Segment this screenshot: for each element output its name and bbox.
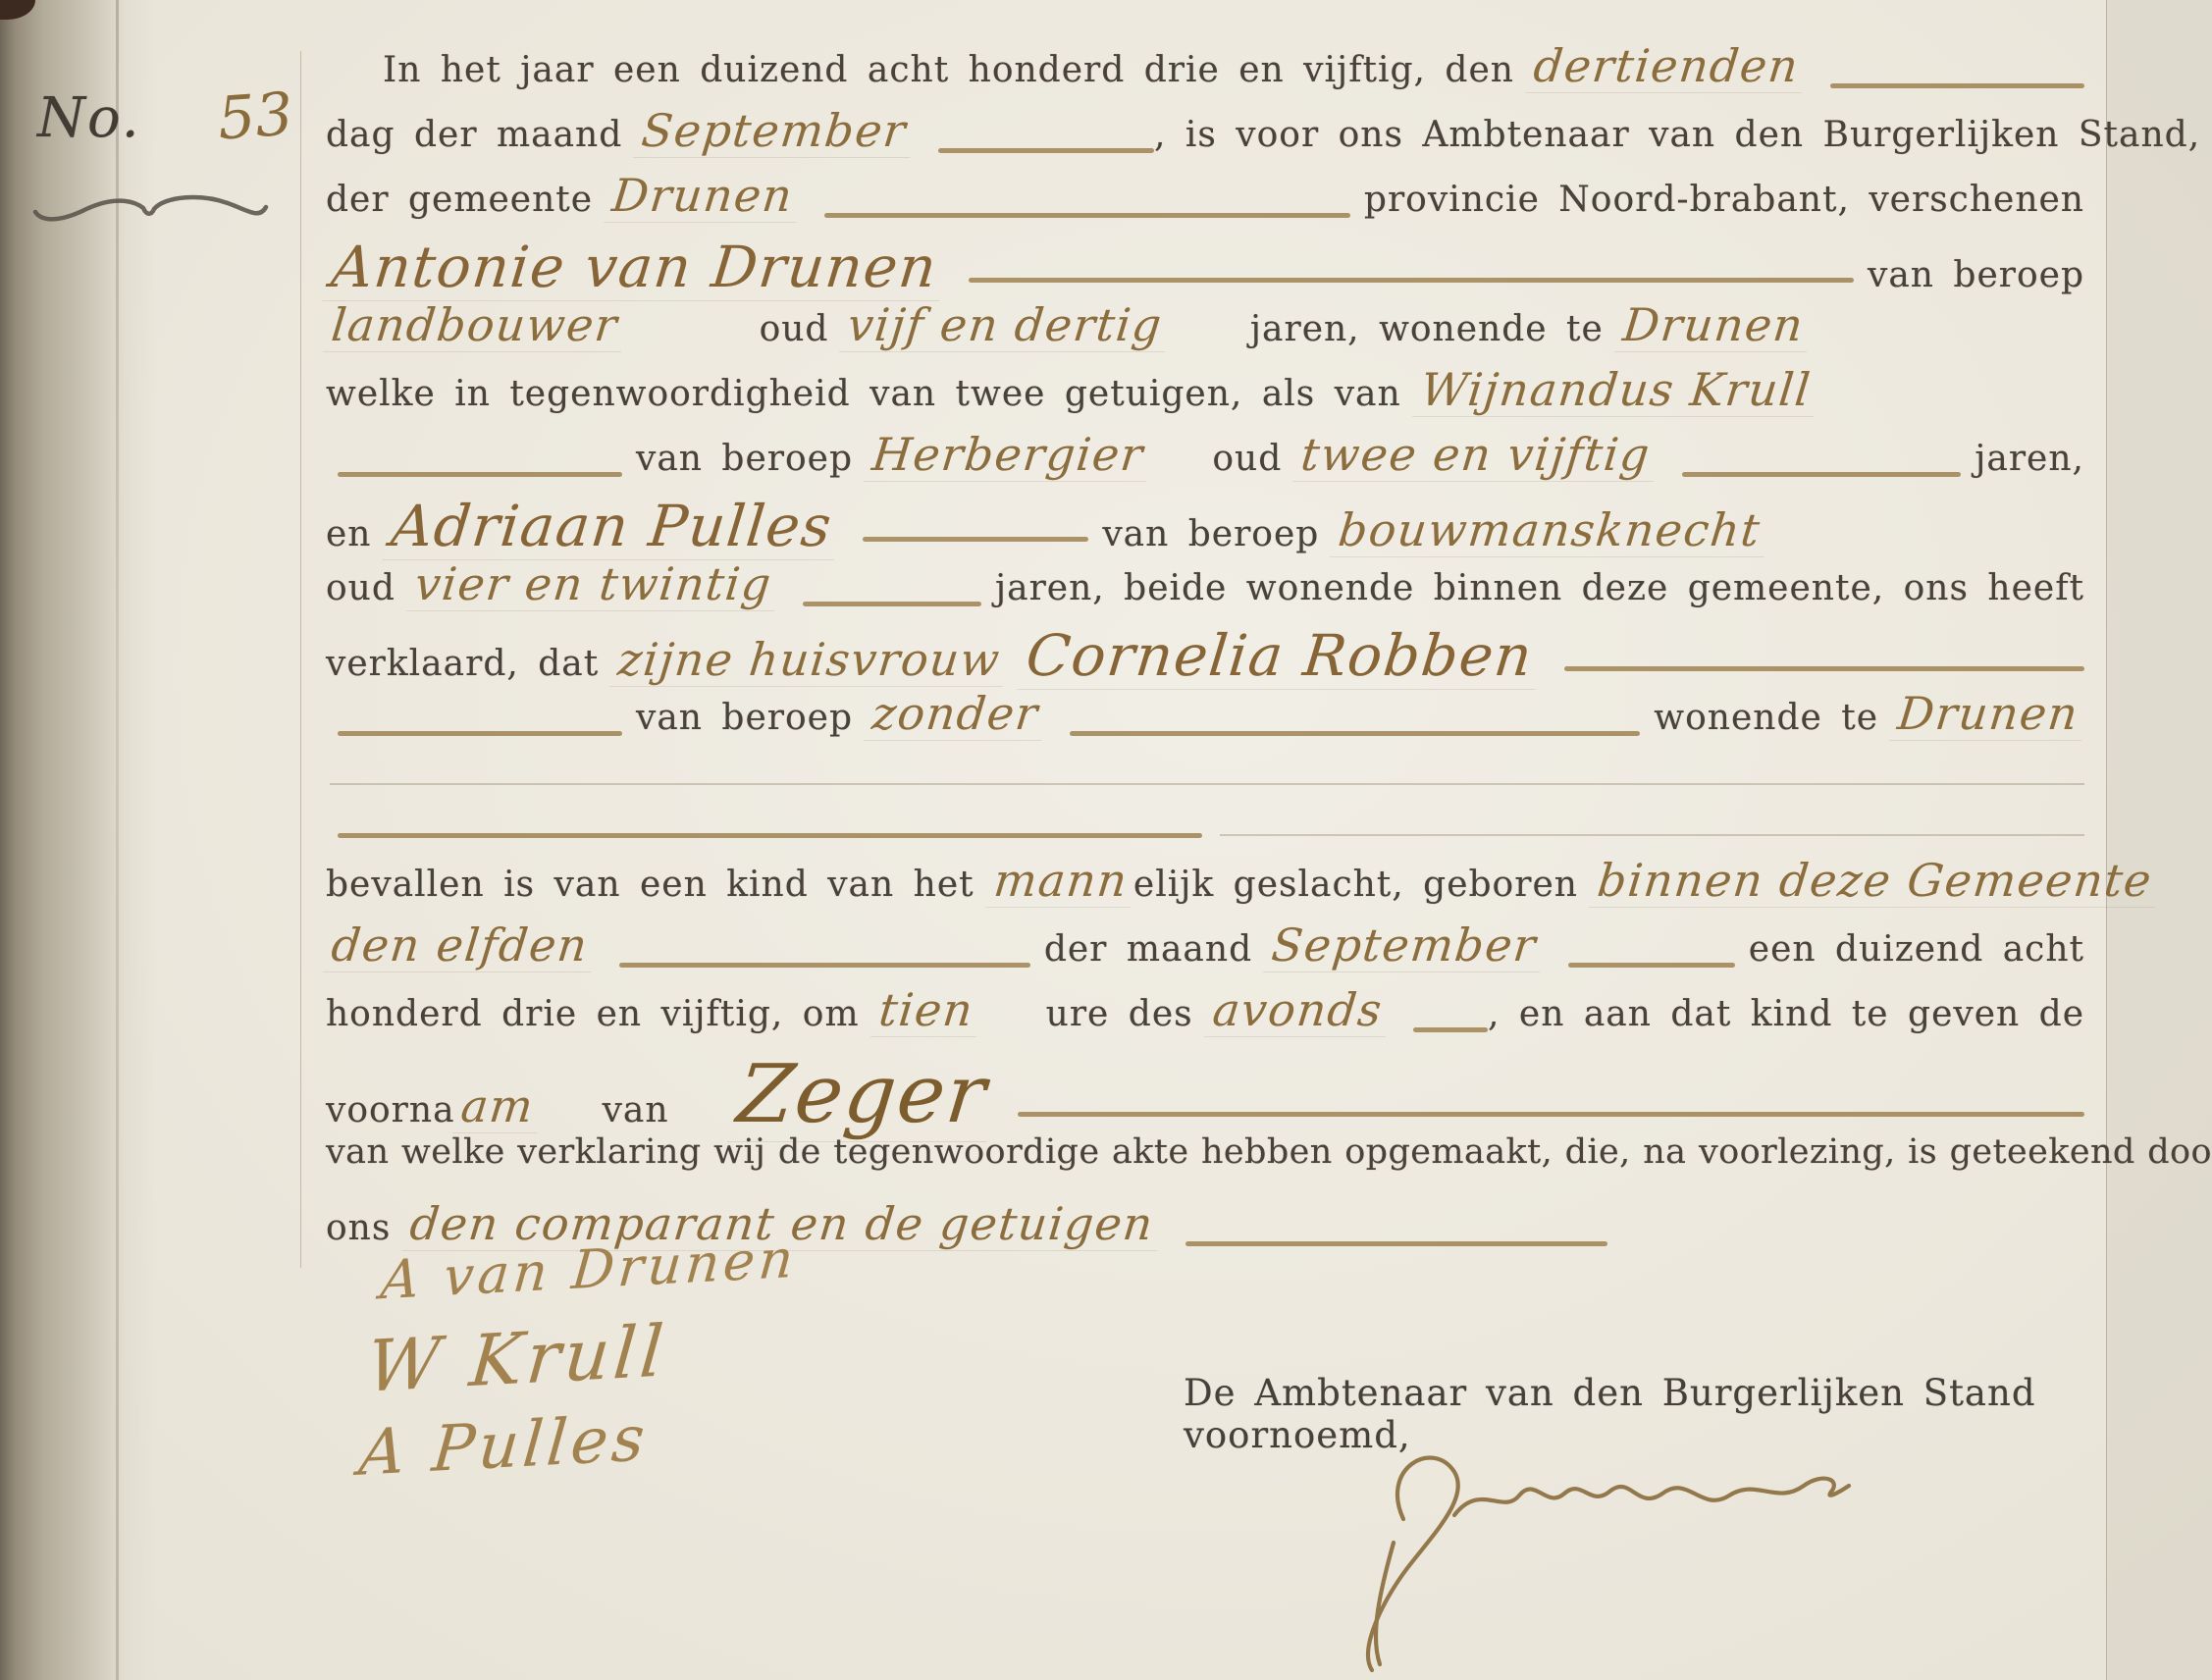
printed-text: van welke verklaring wij de tegenwoordig…	[326, 1132, 2212, 1172]
act-number-value: 53	[215, 79, 294, 153]
printed-text: van beroep	[636, 439, 853, 479]
ink-dash	[338, 833, 1202, 838]
ink-dash	[1185, 1241, 1607, 1246]
spacer	[1163, 469, 1198, 470]
act-line: enAdriaan Pullesvan beroepbouwmansknecht	[326, 493, 2098, 557]
signature-witness-2: A Pulles	[356, 1394, 800, 1491]
book-binding-edge	[0, 0, 157, 1680]
handwritten-entry: zonder	[864, 687, 1047, 741]
signature-declarant: A van Drunen	[379, 1228, 800, 1312]
faint-rule	[330, 783, 2084, 785]
printed-text: In het jaar een duizend acht honderd dri…	[383, 50, 1514, 90]
act-line: welke in tegenwoordigheid van twee getui…	[326, 363, 2098, 428]
handwritten-entry: Drunen	[1889, 687, 2087, 741]
act-number-block: No. 53	[37, 82, 292, 151]
handwritten-entry: September	[633, 104, 915, 158]
printed-text: en	[326, 514, 372, 554]
printed-text: een duizend acht	[1749, 929, 2084, 970]
act-line: voornaamvanZeger	[326, 1048, 2098, 1132]
printed-text: oud	[760, 309, 829, 349]
act-line: bevallen is van een kind van hetmannelij…	[326, 854, 2098, 919]
signature-witness-1: W Krull	[364, 1302, 801, 1407]
printed-text: der maand	[1044, 929, 1252, 970]
act-line: der gemeenteDrunenprovincie Noord-braban…	[326, 169, 2098, 234]
handwritten-entry: Drunen	[1614, 298, 1813, 352]
printed-text: van beroep	[1102, 514, 1319, 554]
printed-text: van	[603, 1090, 669, 1130]
ink-dash	[1413, 1027, 1488, 1032]
handwritten-entry: Zeger	[727, 1048, 997, 1142]
printed-text: oud	[326, 568, 395, 608]
handwritten-entry: Antonie van Drunen	[322, 234, 946, 301]
act-line: honderd drie en vijftig, omtienure desav…	[326, 983, 2098, 1048]
ink-dash	[803, 602, 981, 606]
handwritten-entry: am	[452, 1079, 543, 1133]
printed-text: ure des	[1046, 994, 1193, 1034]
act-line: In het jaar een duizend acht honderd dri…	[326, 39, 2098, 104]
act-line: van welke verklaring wij de tegenwoordig…	[326, 1132, 2098, 1197]
ink-dash	[1564, 666, 2085, 671]
official-signature	[1286, 1425, 1914, 1680]
printed-text: van beroep	[1868, 255, 2084, 295]
faint-rule	[1220, 834, 2084, 836]
ink-dash	[1070, 731, 1640, 736]
act-line: van beroepzonderwonende teDrunen	[326, 687, 2098, 752]
handwritten-entry: Adriaan Pulles	[382, 493, 841, 560]
spacer	[553, 1121, 589, 1122]
ink-dash	[338, 472, 622, 477]
ink-dash	[969, 278, 1854, 283]
printed-text: wonende te	[1654, 698, 1878, 738]
printed-text: dag der maand	[326, 115, 622, 155]
ink-dash	[938, 148, 1154, 153]
handwritten-entry: avonds	[1204, 983, 1392, 1037]
act-line: verklaard, datzijne huisvrouwCornelia Ro…	[326, 622, 2098, 687]
page-crease	[116, 0, 119, 1680]
printed-text: provincie Noord-brabant, verschenen	[1364, 180, 2084, 220]
printed-text: van beroep	[636, 698, 853, 738]
printed-text: voorna	[326, 1090, 455, 1130]
printed-text: jaren, wonende te	[1250, 309, 1604, 349]
spacer	[638, 340, 746, 341]
handwritten-entry: Drunen	[604, 169, 802, 223]
act-line: oudvier en twintigjaren, beide wonende b…	[326, 557, 2098, 622]
spacer	[1183, 340, 1237, 341]
printed-text: , en aan dat kind te geven de	[1488, 994, 2084, 1034]
handwritten-entry: mann	[985, 854, 1136, 908]
handwritten-entry: tien	[870, 983, 982, 1037]
ink-dash	[1018, 1112, 2084, 1117]
handwritten-entry: September	[1263, 919, 1545, 972]
ink-dash	[1830, 83, 2084, 88]
handwritten-entry: Herbergier	[864, 428, 1152, 482]
ink-dash	[338, 731, 622, 736]
handwritten-entry: bouwmansknecht	[1330, 503, 1769, 557]
handwritten-entry: Wijnandus Krull	[1412, 363, 1819, 417]
act-line: landbouweroudvijf en dertigjaren, wonend…	[326, 298, 2098, 363]
birth-act-page: No. 53 In het jaar een duizend acht hond…	[0, 0, 2212, 1680]
printed-text: honderd drie en vijftig, om	[326, 994, 860, 1034]
printed-text: elijk geslacht, geboren	[1133, 865, 1578, 905]
handwritten-entry: den elfden	[323, 919, 597, 972]
spacer	[993, 1024, 1032, 1025]
act-line: den elfdender maandSeptembereen duizend …	[326, 919, 2098, 983]
margin-brace-icon	[27, 179, 273, 230]
printed-text: jaren, beide wonende binnen deze gemeent…	[995, 568, 2084, 608]
handwritten-entry: vijf en dertig	[840, 298, 1172, 352]
handwritten-entry: landbouwer	[323, 298, 626, 352]
ink-dash	[1568, 963, 1735, 968]
ink-dash	[863, 537, 1088, 542]
ink-dash	[619, 963, 1030, 968]
act-line	[326, 752, 2098, 803]
witness-signatures: A van Drunen W Krull A Pulles	[381, 1238, 797, 1479]
act-line: Antonie van Drunenvan beroep	[326, 234, 2098, 298]
printed-text: der gemeente	[326, 180, 593, 220]
handwritten-entry: dertienden	[1525, 39, 1808, 93]
printed-text: , is voor ons Ambtenaar van den Burgerli…	[1154, 115, 2200, 155]
printed-text: welke in tegenwoordigheid van twee getui…	[326, 374, 1401, 414]
printed-text: bevallen is van een kind van het	[326, 865, 974, 905]
spacer	[683, 1121, 718, 1122]
act-line: dag der maandSeptember, is voor ons Ambt…	[326, 104, 2098, 169]
printed-text: jaren,	[1975, 439, 2084, 479]
act-line	[326, 803, 2098, 854]
act-line: van beroepHerbergieroudtwee en vijftigja…	[326, 428, 2098, 493]
act-number-label: No.	[37, 86, 141, 150]
act-body: In het jaar een duizend acht honderd dri…	[326, 39, 2098, 1262]
handwritten-entry: binnen deze Gemeente	[1589, 854, 2161, 908]
handwritten-entry: Cornelia Robben	[1017, 622, 1542, 690]
printed-text: oud	[1212, 439, 1282, 479]
margin-rule-line	[300, 51, 301, 1268]
printed-text: verklaard, dat	[326, 644, 599, 684]
ink-dash	[1682, 472, 1961, 477]
handwritten-entry: twee en vijftig	[1292, 428, 1659, 482]
handwritten-entry: zijne huisvrouw	[609, 633, 1009, 687]
handwritten-entry: vier en twintig	[406, 557, 780, 611]
ink-dash	[824, 213, 1350, 218]
